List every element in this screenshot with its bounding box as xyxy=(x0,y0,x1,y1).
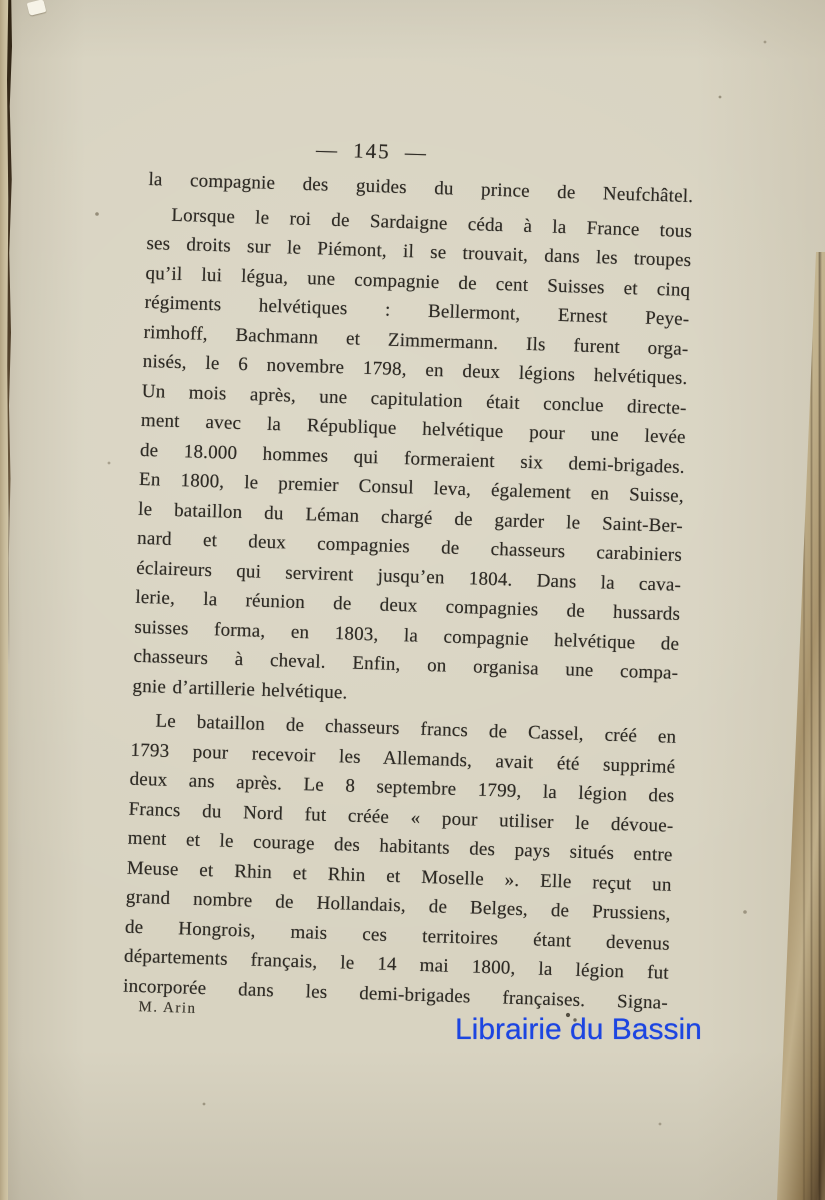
printed-text-block: — 145 — la compagnie des guides du princ… xyxy=(122,132,695,1034)
paper-chip xyxy=(27,0,47,16)
book-page-photo: — 145 — la compagnie des guides du princ… xyxy=(0,0,825,1200)
bookseller-watermark: Librairie du Bassin xyxy=(455,1010,702,1050)
page-block-edge xyxy=(775,252,825,1200)
spine-edge xyxy=(0,0,8,1200)
dust-specks xyxy=(0,0,2,2)
